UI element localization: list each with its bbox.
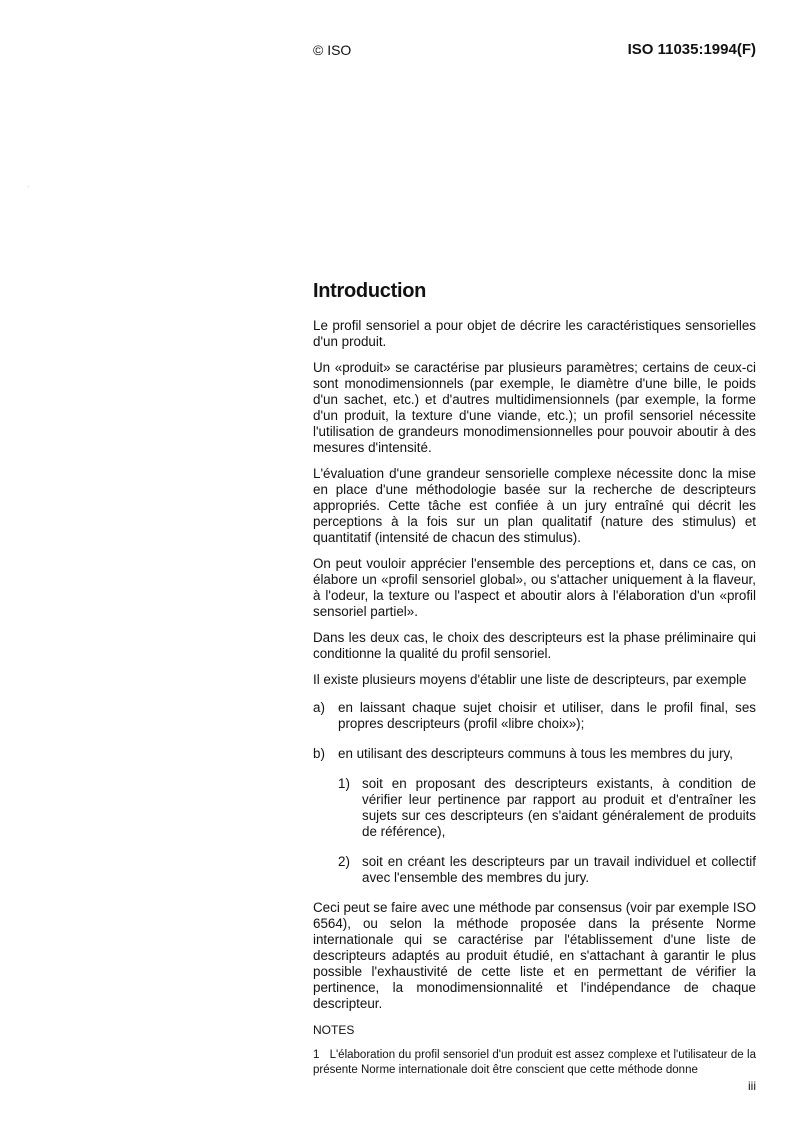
list-text: en laissant chaque sujet choisir et util… <box>338 700 756 732</box>
notes-title: NOTES <box>313 1022 756 1038</box>
list-item-b: b) en utilisant des descripteurs communs… <box>313 746 756 762</box>
paragraph: Le profil sensoriel a pour objet de décr… <box>313 318 756 350</box>
list-item-a: a) en laissant chaque sujet choisir et u… <box>313 700 756 732</box>
notes-list: 1 L'élaboration du profil sensoriel d'un… <box>313 1048 756 1078</box>
paragraph: Un «produit» se caractérise par plusieur… <box>313 360 756 456</box>
paragraph: Dans les deux cas, le choix des descript… <box>313 630 756 662</box>
paragraph: On peut vouloir apprécier l'ensemble des… <box>313 556 756 620</box>
list-label: b) <box>313 746 338 762</box>
list-label: 1) <box>338 776 362 840</box>
list-item-b1: 1) soit en proposant des descripteurs ex… <box>338 776 756 840</box>
list-text: en utilisant des descripteurs communs à … <box>338 746 756 762</box>
note-body: L'élaboration du profil sensoriel d'un p… <box>313 1049 756 1076</box>
note-item: 1 L'élaboration du profil sensoriel d'un… <box>313 1048 756 1078</box>
note-text: 1 L'élaboration du profil sensoriel d'un… <box>313 1048 756 1078</box>
list-item-b2: 2) soit en créant les descripteurs par u… <box>338 854 756 886</box>
header-copyright: © ISO <box>313 42 351 58</box>
paragraph: Il existe plusieurs moyens d'établir une… <box>313 672 756 688</box>
list-label: 2) <box>338 854 362 886</box>
scan-speck <box>28 186 29 187</box>
header-standard-id: ISO 11035:1994(F) <box>628 41 756 58</box>
page-number: iii <box>748 1079 756 1093</box>
paragraph: L'évaluation d'une grandeur sensorielle … <box>313 466 756 546</box>
section-title: Introduction <box>313 280 426 303</box>
body-content: Le profil sensoriel a pour objet de décr… <box>313 318 756 1078</box>
sub-list: 1) soit en proposant des descripteurs ex… <box>338 776 756 886</box>
closing-paragraph: Ceci peut se faire avec une méthode par … <box>313 900 756 1012</box>
list-text: soit en créant les descripteurs par un t… <box>362 854 756 886</box>
list-text: soit en proposant des descripteurs exist… <box>362 776 756 840</box>
list-label: a) <box>313 700 338 732</box>
note-number: 1 <box>313 1049 319 1061</box>
